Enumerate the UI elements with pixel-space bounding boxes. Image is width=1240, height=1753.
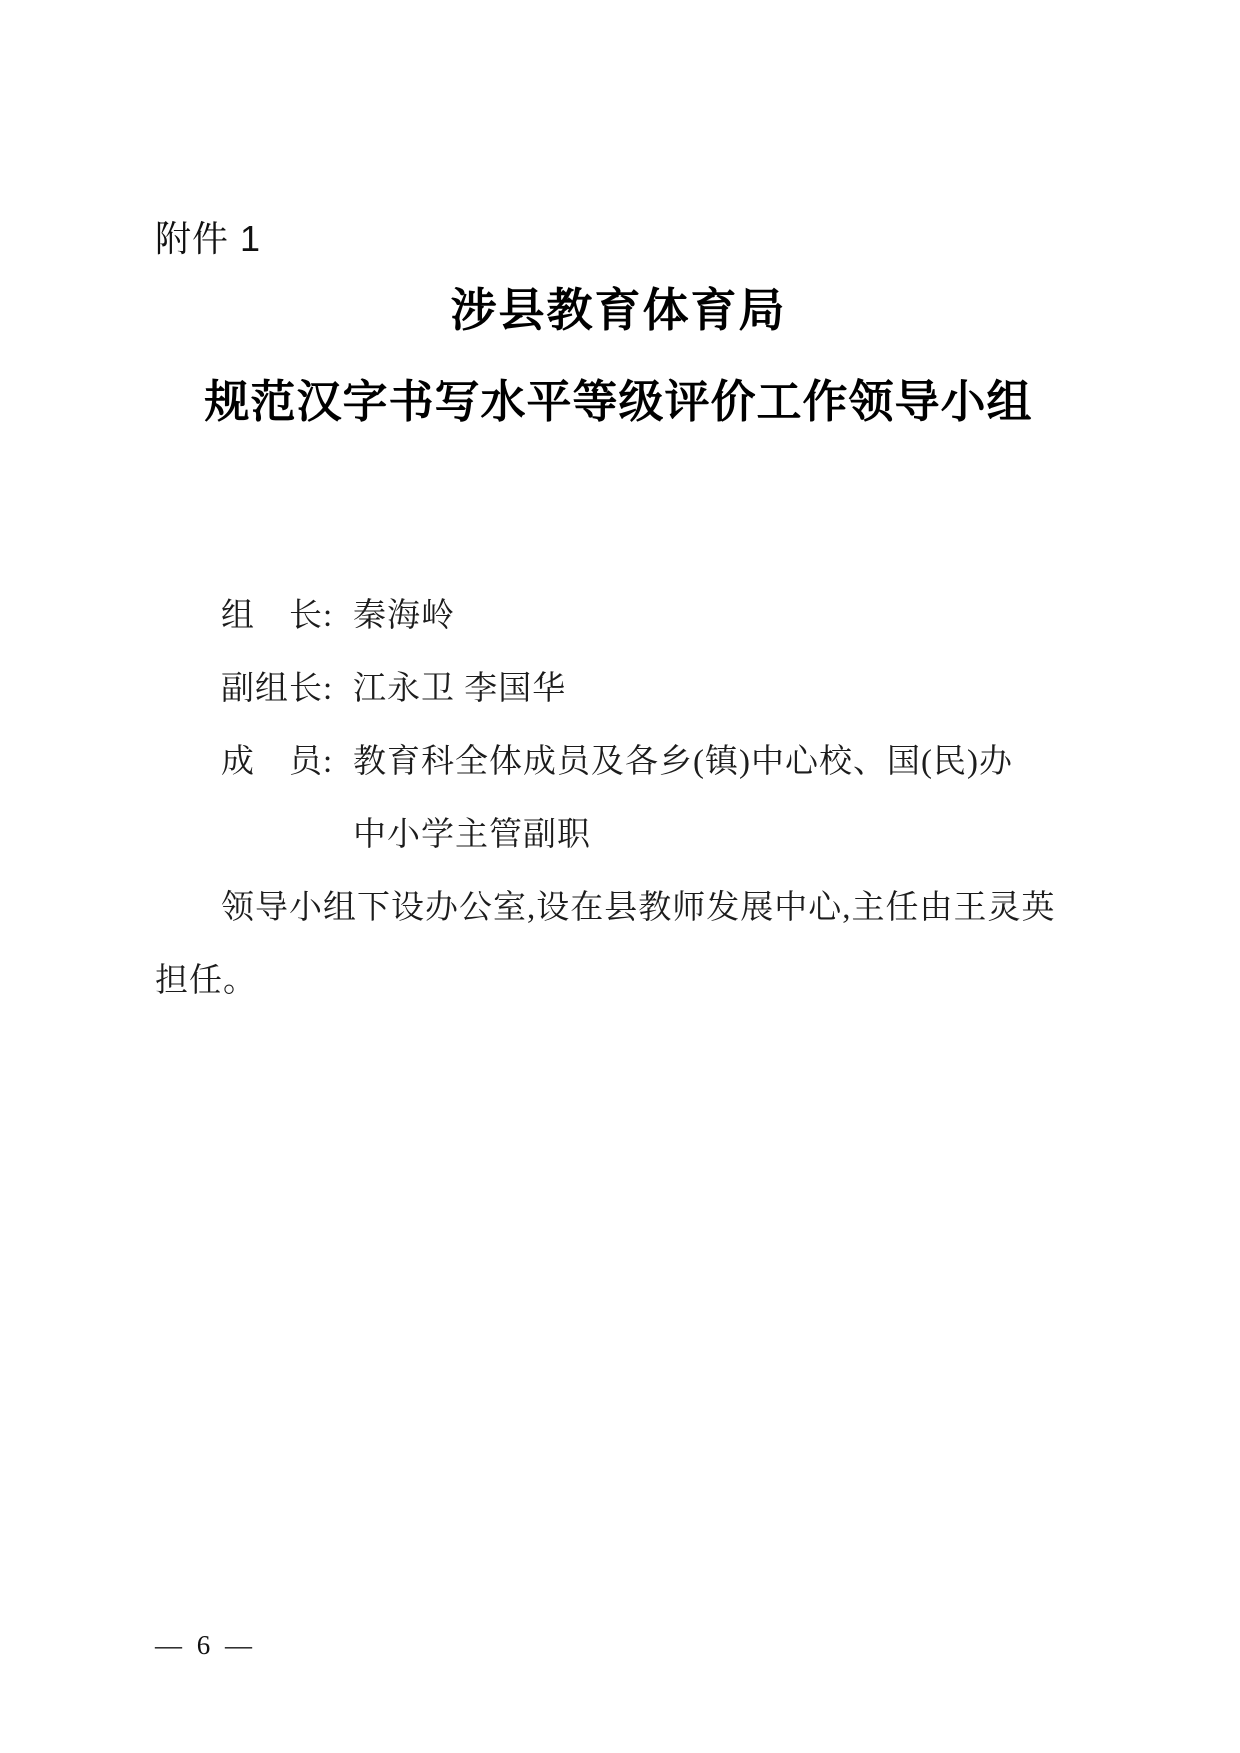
roster-label-members: 成 员: xyxy=(221,726,353,799)
page-number: — 6 — xyxy=(155,1628,256,1662)
roster-value-deputy-leaders: 江永卫 李国华 xyxy=(353,671,566,707)
document-title-line2: 规范汉字书写水平等级评价工作领导小组 xyxy=(155,376,1082,428)
roster-row-leader: 组 长:秦海岭 xyxy=(221,580,1082,653)
roster-value-leader: 秦海岭 xyxy=(353,598,455,634)
roster-value-members-continuation: 中小学主管副职 xyxy=(353,799,1082,872)
attachment-label: 附件 1 xyxy=(155,218,1082,260)
document-content: 附件 1 涉县教育体育局 规范汉字书写水平等级评价工作领导小组 组 长:秦海岭 … xyxy=(155,0,1082,1018)
roster-label-deputy-leaders: 副组长: xyxy=(221,653,353,726)
roster-value-members: 教育科全体成员及各乡(镇)中心校、国(民)办 xyxy=(353,744,1013,780)
document-body: 组 长:秦海岭 副组长:江永卫 李国华 成 员:教育科全体成员及各乡(镇)中心校… xyxy=(155,580,1082,1018)
document-title-line1: 涉县教育体育局 xyxy=(155,286,1082,336)
closing-paragraph-line1: 领导小组下设办公室,设在县教师发展中心,主任由王灵英 xyxy=(221,872,1082,945)
roster-row-deputy-leaders: 副组长:江永卫 李国华 xyxy=(221,653,1082,726)
roster-label-leader: 组 长: xyxy=(221,580,353,653)
closing-paragraph-line2: 担任。 xyxy=(155,945,1082,1018)
roster-row-members: 成 员:教育科全体成员及各乡(镇)中心校、国(民)办 xyxy=(221,726,1082,799)
document-page: 附件 1 涉县教育体育局 规范汉字书写水平等级评价工作领导小组 组 长:秦海岭 … xyxy=(0,0,1240,1753)
